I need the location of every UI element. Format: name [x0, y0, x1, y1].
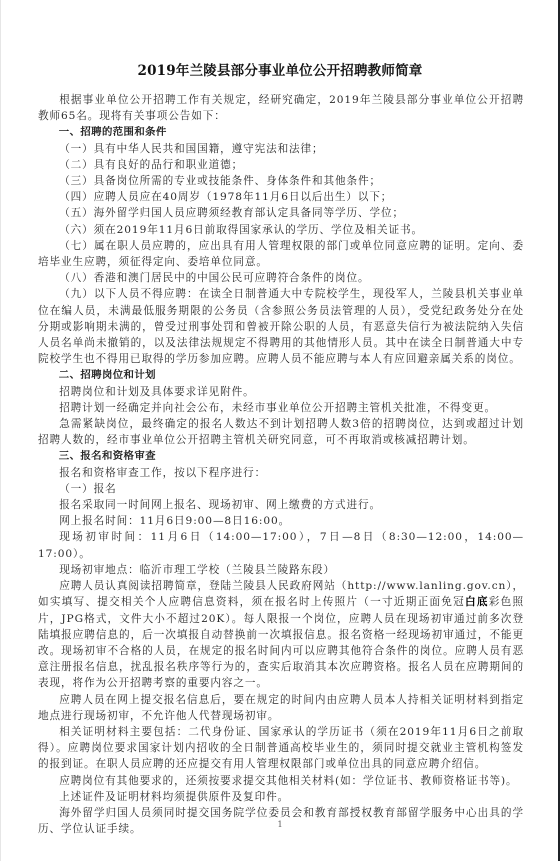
other-requirements-paragraph: 应聘岗位有其他要求的，还须按要求提交其他相关材料(如：学位证书、教师资格证书等)…: [38, 773, 524, 789]
plan-paragraph: 急需紧缺岗位，最终确定的报名人数达不到计划招聘人数3倍的招聘岗位，达到或超过计划…: [38, 416, 524, 448]
document-body: 根据事业单位公开招聘工作有关规定，经研究确定，2019年兰陵县部分事业单位公开招…: [38, 92, 524, 837]
plan-paragraph: 招聘岗位和计划及具体要求详见附件。: [38, 384, 524, 400]
plan-paragraph: 招聘计划一经确定并向社会公布，未经市事业单位公开招聘主管机关批准，不得变更。: [38, 400, 524, 416]
condition-item: （二）具有良好的品行和职业道德；: [38, 157, 524, 173]
condition-item: （五）海外留学归国人员应聘须经教育部认定具备同等学历、学位；: [38, 205, 524, 221]
intro-paragraph: 根据事业单位公开招聘工作有关规定，经研究确定，2019年兰陵县部分事业单位公开招…: [38, 92, 524, 124]
onsite-review-place: 现场初审地点：临沂市理工学校（兰陵县兰陵路东段）: [38, 562, 524, 578]
condition-item: （九）以下人员不得应聘：在读全日制普通大中专院校学生，现役军人，兰陵县机关事业单…: [38, 286, 524, 367]
subsection-heading-registration: （一）报名: [38, 481, 524, 497]
procedure-lead: 报名和资格审查工作，按以下程序进行：: [38, 465, 524, 481]
condition-item: （一）具有中华人民共和国国籍，遵守宪法和法律；: [38, 141, 524, 157]
registration-method: 报名采取同一时间网上报名、现场初审、网上缴费的方式进行。: [38, 497, 524, 513]
copies-paragraph: 上述证件及证明材料均须提供原件及复印件。: [38, 789, 524, 805]
section-heading-1: 一、招聘的范围和条件: [38, 124, 524, 140]
document-title: 2019年兰陵县部分事业单位公开招聘教师简章: [1, 59, 559, 79]
read-instructions-paragraph: 应聘人员认真阅读招聘简章，登陆兰陵县人民政府网站（http://www.lanl…: [38, 578, 524, 691]
submit-paragraph: 应聘人员在网上提交报名信息后，要在规定的时间内由应聘人员本人持相关证明材料到指定…: [38, 692, 524, 724]
read-instructions-text-b: 彩色照片，JPG格式，文件大小不超过20K）。每人限报一个岗位，应聘人员在现场初…: [38, 596, 524, 689]
condition-item: （八）香港和澳门居民中的中国公民可应聘符合条件的岗位。: [38, 270, 524, 286]
page-number: 1: [1, 820, 559, 829]
condition-item: （三）具备岗位所需的专业或技能条件、身体条件和其他条件；: [38, 173, 524, 189]
condition-item: （六）须在2019年11月6日前取得国家承认的学历、学位及相关证书。: [38, 222, 524, 238]
materials-paragraph: 相关证明材料主要包括：二代身份证、国家承认的学历证书（须在2019年11月6日之…: [38, 724, 524, 773]
condition-item: （四）应聘人员应在40周岁（1978年11月6日以后出生）以下；: [38, 189, 524, 205]
document-page: 2019年兰陵县部分事业单位公开招聘教师简章 根据事业单位公开招聘工作有关规定，…: [0, 0, 558, 861]
online-registration-time: 网上报名时间：11月6日9:00—8日16:00。: [38, 513, 524, 529]
section-heading-3: 三、报名和资格审查: [38, 448, 524, 464]
onsite-review-time: 现场初审时间：11月6日（14:00—17:00），7日—8日（8:30—12:…: [38, 529, 524, 561]
condition-item: （七）属在职人员应聘的，应出具有用人管理权限的部门或单位同意应聘的证明。定向、委…: [38, 238, 524, 270]
white-background-emphasis: 白底: [465, 596, 489, 608]
section-heading-2: 二、招聘岗位和计划: [38, 367, 524, 383]
read-instructions-text-a: 应聘人员认真阅读招聘简章，登陆兰陵县人民政府网站（http://www.lanl…: [38, 580, 524, 608]
